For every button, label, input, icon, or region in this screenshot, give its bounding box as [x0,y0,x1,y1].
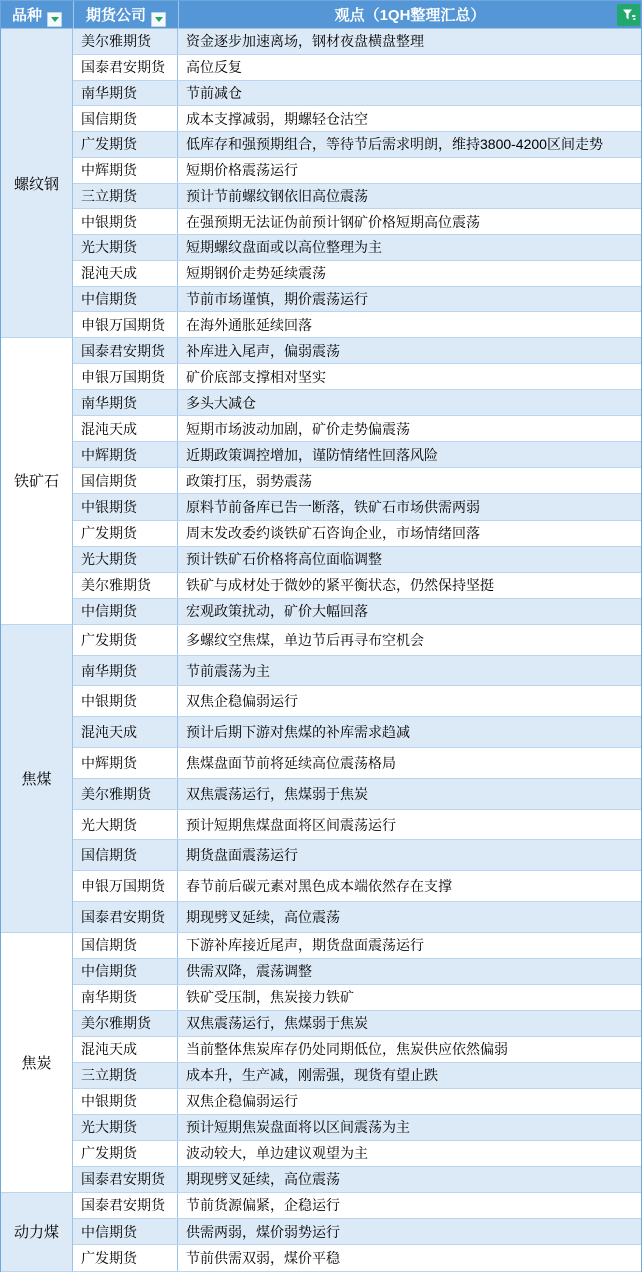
table-row: 南华期货铁矿受压制，焦炭接力铁矿 [73,985,641,1011]
company-cell[interactable]: 南华期货 [73,656,178,686]
opinion-cell[interactable]: 低库存和强预期组合，等待节后需求明朗，维持3800-4200区间走势 [178,132,641,157]
table-header-row: 品种 期货公司 观点（1QH整理汇总） [1,1,641,29]
table-row: 南华期货多头大减仓 [73,390,641,416]
table-row: 国泰君安期货期现劈叉延续，高位震荡 [73,1167,641,1193]
company-filter-dropdown[interactable] [151,12,166,27]
opinion-cell[interactable]: 矿价底部支撑相对坚实 [178,364,641,389]
variety-cell[interactable]: 螺纹钢 [1,29,73,338]
company-cell[interactable]: 中信期货 [73,599,178,624]
opinion-cell[interactable]: 预计短期焦煤盘面将区间震荡运行 [178,810,641,840]
company-cell[interactable]: 南华期货 [73,390,178,415]
table-row: 申银万国期货春节前后碳元素对黑色成本端依然存在支撑 [73,871,641,902]
opinion-cell[interactable]: 多螺纹空焦煤，单边节后再寻布空机会 [178,625,641,655]
funnel-glyph [621,7,637,23]
company-cell[interactable]: 美尔雅期货 [73,1011,178,1036]
opinion-cell[interactable]: 节前供需双弱，煤价平稳 [178,1245,641,1270]
opinion-cell[interactable]: 多头大减仓 [178,390,641,415]
company-cell[interactable]: 三立期货 [73,1063,178,1088]
table-row: 中信期货供需双降，震荡调整 [73,959,641,985]
opinion-cell[interactable]: 在强预期无法证伪前预计钢矿价格短期高位震荡 [178,209,641,234]
table-row: 广发期货节前供需双弱，煤价平稳 [73,1245,641,1271]
opinion-cell[interactable]: 节前货源偏紧，企稳运行 [178,1193,641,1218]
company-cell[interactable]: 美尔雅期货 [73,779,178,809]
funnel-filter-icon[interactable] [617,4,640,26]
company-cell[interactable]: 中辉期货 [73,158,178,183]
opinion-cell[interactable]: 期货盘面震荡运行 [178,840,641,870]
opinion-cell[interactable]: 铁矿与成材处于微妙的紧平衡状态，仍然保持坚挺 [178,573,641,598]
opinion-cell[interactable]: 供需双降，震荡调整 [178,959,641,984]
table-row: 国信期货下游补库接近尾声，期货盘面震荡运行 [73,933,641,959]
company-cell[interactable]: 美尔雅期货 [73,29,178,54]
company-cell[interactable]: 国信期货 [73,840,178,870]
company-cell[interactable]: 国泰君安期货 [73,338,178,363]
variety-section: 螺纹钢美尔雅期货资金逐步加速离场，钢材夜盘横盘整理国泰君安期货高位反复南华期货节… [1,29,641,338]
company-cell[interactable]: 中信期货 [73,959,178,984]
table-row: 申银万国期货矿价底部支撑相对坚实 [73,364,641,390]
opinion-cell[interactable]: 供需两弱，煤价弱势运行 [178,1219,641,1244]
variety-section: 焦煤广发期货多螺纹空焦煤，单边节后再寻布空机会南华期货节前震荡为主中银期货双焦企… [1,625,641,933]
column-header-company-label: 期货公司 [86,4,146,25]
table-row: 美尔雅期货资金逐步加速离场，钢材夜盘横盘整理 [73,29,641,55]
company-cell[interactable]: 中银期货 [73,494,178,519]
opinion-cell[interactable]: 预计节前螺纹钢依旧高位震荡 [178,184,641,209]
company-cell[interactable]: 国泰君安期货 [73,902,178,932]
opinion-cell[interactable]: 下游补库接近尾声，期货盘面震荡运行 [178,933,641,958]
table-row: 混沌天成短期市场波动加剧，矿价走势偏震荡 [73,416,641,442]
company-cell[interactable]: 中辉期货 [73,442,178,467]
company-cell[interactable]: 光大期货 [73,810,178,840]
opinion-cell[interactable]: 期现劈叉延续，高位震荡 [178,1167,641,1192]
table-row: 广发期货周末发改委约谈铁矿石咨询企业，市场情绪回落 [73,521,641,547]
table-row: 光大期货预计短期焦煤盘面将区间震荡运行 [73,810,641,841]
futures-opinions-table: 品种 期货公司 观点（1QH整理汇总） 螺纹钢美尔雅期货资金逐步加速离场，钢材夜… [0,0,642,1272]
opinion-cell[interactable]: 成本升，生产减，刚需强，现货有望止跌 [178,1063,641,1088]
company-cell[interactable]: 三立期货 [73,184,178,209]
company-cell[interactable]: 中银期货 [73,209,178,234]
opinion-cell[interactable]: 铁矿受压制，焦炭接力铁矿 [178,985,641,1010]
table-row: 三立期货成本升，生产减，刚需强，现货有望止跌 [73,1063,641,1089]
table-row: 广发期货低库存和强预期组合，等待节后需求明朗，维持3800-4200区间走势 [73,132,641,158]
opinion-cell[interactable]: 预计后期下游对焦煤的补库需求趋减 [178,717,641,747]
company-cell[interactable]: 南华期货 [73,81,178,106]
variety-section: 动力煤国泰君安期货节前货源偏紧，企稳运行中信期货供需两弱，煤价弱势运行广发期货节… [1,1193,641,1272]
company-cell[interactable]: 广发期货 [73,1141,178,1166]
opinion-cell[interactable]: 补库进入尾声，偏弱震荡 [178,338,641,363]
table-row: 中银期货原料节前备库已告一断落，铁矿石市场供需两弱 [73,494,641,520]
company-cell[interactable]: 国泰君安期货 [73,1193,178,1218]
opinion-cell[interactable]: 短期价格震荡运行 [178,158,641,183]
table-row: 南华期货节前减仓 [73,81,641,107]
company-cell[interactable]: 南华期货 [73,985,178,1010]
company-cell[interactable]: 国泰君安期货 [73,55,178,80]
opinion-cell[interactable]: 高位反复 [178,55,641,80]
company-cell[interactable]: 国信期货 [73,468,178,493]
opinion-cell[interactable]: 宏观政策扰动，矿价大幅回落 [178,599,641,624]
table-row: 国信期货期货盘面震荡运行 [73,840,641,871]
company-cell[interactable]: 申银万国期货 [73,312,178,337]
table-row: 南华期货节前震荡为主 [73,656,641,687]
table-row: 中银期货双焦企稳偏弱运行 [73,686,641,717]
company-cell[interactable]: 中银期货 [73,1089,178,1114]
opinion-cell[interactable]: 在海外通胀延续回落 [178,312,641,337]
column-header-variety-label: 品种 [12,4,42,25]
company-cell[interactable]: 光大期货 [73,1115,178,1140]
company-cell[interactable]: 混沌天成 [73,1037,178,1062]
table-row: 国泰君安期货期现劈叉延续，高位震荡 [73,902,641,933]
table-row: 中辉期货焦煤盘面节前将延续高位震荡格局 [73,748,641,779]
table-row: 混沌天成预计后期下游对焦煤的补库需求趋减 [73,717,641,748]
variety-cell[interactable]: 焦煤 [1,625,73,933]
opinion-cell[interactable]: 焦煤盘面节前将延续高位震荡格局 [178,748,641,778]
table-row: 中辉期货短期价格震荡运行 [73,158,641,184]
company-cell[interactable]: 光大期货 [73,547,178,572]
opinion-cell[interactable]: 节前市场谨慎，期价震荡运行 [178,287,641,312]
table-row: 广发期货波动较大，单边建议观望为主 [73,1141,641,1167]
table-row: 光大期货预计短期焦炭盘面将以区间震荡为主 [73,1115,641,1141]
opinion-cell[interactable]: 政策打压，弱势震荡 [178,468,641,493]
opinion-cell[interactable]: 双焦企稳偏弱运行 [178,1089,641,1114]
table-row: 中信期货供需两弱，煤价弱势运行 [73,1219,641,1245]
chevron-down-icon [51,17,59,22]
company-cell[interactable]: 混沌天成 [73,416,178,441]
company-cell[interactable]: 广发期货 [73,1245,178,1270]
opinion-cell[interactable]: 成本支撑减弱，期螺轻仓沽空 [178,106,641,131]
table-body: 螺纹钢美尔雅期货资金逐步加速离场，钢材夜盘横盘整理国泰君安期货高位反复南华期货节… [1,29,641,1272]
company-cell[interactable]: 中辉期货 [73,748,178,778]
variety-section: 铁矿石国泰君安期货补库进入尾声，偏弱震荡申银万国期货矿价底部支撑相对坚实南华期货… [1,338,641,625]
company-cell[interactable]: 光大期货 [73,235,178,260]
company-cell[interactable]: 美尔雅期货 [73,573,178,598]
column-header-opinion: 观点（1QH整理汇总） [178,1,641,28]
table-row: 国泰君安期货节前货源偏紧，企稳运行 [73,1193,641,1219]
table-row: 国泰君安期货高位反复 [73,55,641,81]
company-cell[interactable]: 申银万国期货 [73,871,178,901]
table-row: 国信期货成本支撑减弱，期螺轻仓沽空 [73,106,641,132]
table-row: 美尔雅期货双焦震荡运行，焦煤弱于焦炭 [73,779,641,810]
table-row: 国信期货政策打压，弱势震荡 [73,468,641,494]
opinion-cell[interactable]: 当前整体焦炭库存仍处同期低位，焦炭供应依然偏弱 [178,1037,641,1062]
opinion-cell[interactable]: 波动较大，单边建议观望为主 [178,1141,641,1166]
opinion-cell[interactable]: 双焦企稳偏弱运行 [178,686,641,716]
opinion-cell[interactable]: 节前震荡为主 [178,656,641,686]
opinion-cell[interactable]: 短期螺纹盘面或以高位整理为主 [178,235,641,260]
opinion-cell[interactable]: 资金逐步加速离场，钢材夜盘横盘整理 [178,29,641,54]
opinion-cell[interactable]: 短期市场波动加剧，矿价走势偏震荡 [178,416,641,441]
column-header-company: 期货公司 [73,1,178,28]
variety-section: 焦炭国信期货下游补库接近尾声，期货盘面震荡运行中信期货供需双降，震荡调整南华期货… [1,933,641,1193]
company-cell[interactable]: 混沌天成 [73,717,178,747]
table-row: 中辉期货近期政策调控增加，谨防情绪性回落风险 [73,442,641,468]
company-cell[interactable]: 广发期货 [73,132,178,157]
company-cell[interactable]: 国泰君安期货 [73,1167,178,1192]
column-header-variety: 品种 [1,1,73,28]
opinion-cell[interactable]: 周末发改委约谈铁矿石咨询企业，市场情绪回落 [178,521,641,546]
table-row: 混沌天成当前整体焦炭库存仍处同期低位，焦炭供应依然偏弱 [73,1037,641,1063]
table-row: 中信期货节前市场谨慎，期价震荡运行 [73,287,641,313]
variety-cell[interactable]: 铁矿石 [1,338,73,625]
table-row: 光大期货短期螺纹盘面或以高位整理为主 [73,235,641,261]
variety-cell[interactable]: 动力煤 [1,1193,73,1272]
opinion-cell[interactable]: 短期钢价走势延续震荡 [178,261,641,286]
table-row: 广发期货多螺纹空焦煤，单边节后再寻布空机会 [73,625,641,656]
company-cell[interactable]: 国信期货 [73,933,178,958]
table-row: 中银期货在强预期无法证伪前预计钢矿价格短期高位震荡 [73,209,641,235]
table-row: 申银万国期货在海外通胀延续回落 [73,312,641,338]
company-cell[interactable]: 国信期货 [73,106,178,131]
column-header-opinion-label: 观点（1QH整理汇总） [335,4,486,25]
opinion-cell[interactable]: 双焦震荡运行，焦煤弱于焦炭 [178,779,641,809]
table-row: 中银期货双焦企稳偏弱运行 [73,1089,641,1115]
company-cell[interactable]: 中信期货 [73,287,178,312]
opinion-cell[interactable]: 春节前后碳元素对黑色成本端依然存在支撑 [178,871,641,901]
table-row: 国泰君安期货补库进入尾声，偏弱震荡 [73,338,641,364]
opinion-cell[interactable]: 原料节前备库已告一断落，铁矿石市场供需两弱 [178,494,641,519]
opinion-cell[interactable]: 节前减仓 [178,81,641,106]
opinion-cell[interactable]: 预计短期焦炭盘面将以区间震荡为主 [178,1115,641,1140]
table-row: 三立期货预计节前螺纹钢依旧高位震荡 [73,184,641,210]
company-cell[interactable]: 广发期货 [73,521,178,546]
opinion-cell[interactable]: 期现劈叉延续，高位震荡 [178,902,641,932]
chevron-down-icon [155,17,163,22]
table-row: 美尔雅期货铁矿与成材处于微妙的紧平衡状态，仍然保持坚挺 [73,573,641,599]
company-cell[interactable]: 中信期货 [73,1219,178,1244]
variety-cell[interactable]: 焦炭 [1,933,73,1193]
opinion-cell[interactable]: 预计铁矿石价格将高位面临调整 [178,547,641,572]
table-row: 美尔雅期货双焦震荡运行，焦煤弱于焦炭 [73,1011,641,1037]
table-row: 中信期货宏观政策扰动，矿价大幅回落 [73,599,641,625]
opinion-cell[interactable]: 近期政策调控增加，谨防情绪性回落风险 [178,442,641,467]
company-cell[interactable]: 广发期货 [73,625,178,655]
company-cell[interactable]: 混沌天成 [73,261,178,286]
variety-filter-dropdown[interactable] [47,12,62,27]
company-cell[interactable]: 中银期货 [73,686,178,716]
table-row: 光大期货预计铁矿石价格将高位面临调整 [73,547,641,573]
company-cell[interactable]: 申银万国期货 [73,364,178,389]
opinion-cell[interactable]: 双焦震荡运行，焦煤弱于焦炭 [178,1011,641,1036]
table-row: 混沌天成短期钢价走势延续震荡 [73,261,641,287]
